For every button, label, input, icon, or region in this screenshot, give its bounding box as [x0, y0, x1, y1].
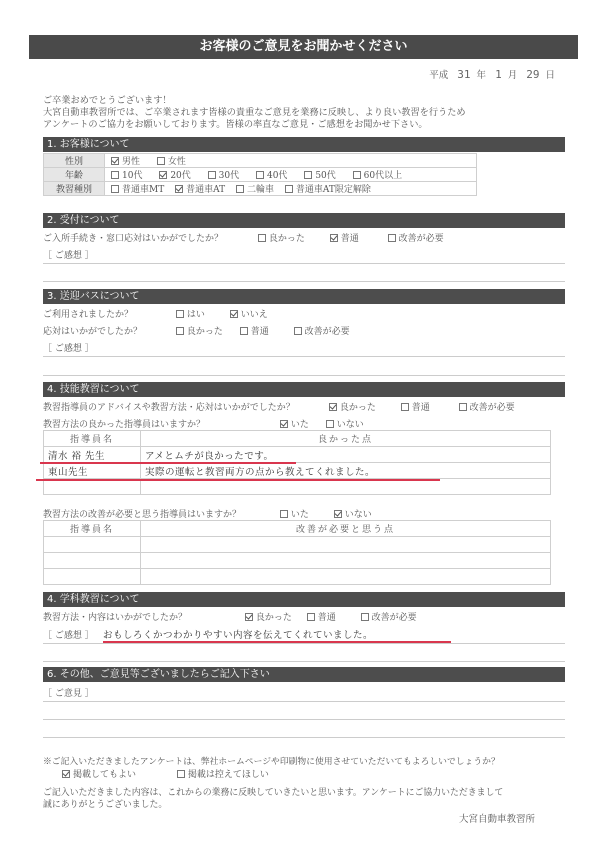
column-header: 良かった点 — [141, 431, 551, 447]
section-practical-header: 4. 技能教習について — [43, 382, 565, 397]
checkbox-icon — [459, 403, 467, 411]
comment-label: ［ ご感想 ］ — [43, 248, 94, 261]
intro-text: ご卒業おめでとうございます！ 大宮自動車教習所では、ご卒業されます皆様の貴重なご… — [43, 95, 466, 131]
option-label: 改善が必要 — [470, 403, 515, 413]
checkbox-icon — [176, 327, 184, 335]
option-label: 30代 — [219, 171, 239, 181]
checkbox-male[interactable]: 男性 — [111, 154, 140, 167]
checkbox-20s[interactable]: 20代 — [159, 168, 190, 181]
question-text: 教習指導員のアドバイスや教習方法・応対はいかがでしたか？ — [43, 400, 326, 413]
table-row-gender: 性別 男性 女性 — [44, 154, 477, 168]
option-label: はい — [187, 310, 205, 320]
intro-line: 大宮自動車教習所では、ご卒業されます皆様の貴重なご意見を業務に反映し、より良い教… — [43, 107, 466, 119]
date-era: 平成 — [429, 70, 448, 81]
checkbox-icon — [256, 171, 264, 179]
checkbox-at-limit-removal[interactable]: 普通車AT限定解除 — [285, 182, 371, 195]
checkbox-40s[interactable]: 40代 — [256, 168, 287, 181]
checkbox-10s[interactable]: 10代 — [111, 168, 142, 181]
question-text: 応対はいかがでしたか？ — [43, 324, 173, 337]
checkbox-needs-improvement[interactable]: 改善が必要 — [388, 231, 444, 244]
option-label: 普通 — [341, 234, 359, 244]
checkbox-yes[interactable]: いた — [280, 507, 309, 520]
table-row — [44, 553, 551, 569]
checkbox-icon — [361, 613, 369, 621]
checkbox-icon — [329, 403, 337, 411]
option-label: いいえ — [241, 310, 268, 320]
option-label: 男性 — [122, 157, 140, 167]
question-text: 教習方法・内容はいかがでしたか？ — [43, 610, 242, 623]
comment-line[interactable] — [43, 281, 565, 282]
checkbox-50s[interactable]: 50代 — [304, 168, 335, 181]
checkbox-needs-improvement[interactable]: 改善が必要 — [361, 610, 417, 623]
red-underline — [40, 462, 296, 464]
option-label: いた — [291, 510, 309, 520]
date-day[interactable]: 29 — [520, 68, 545, 81]
checkbox-icon — [175, 185, 183, 193]
comment-line[interactable] — [43, 737, 565, 738]
page-title: お客様のご意見をお聞かせください — [29, 35, 578, 59]
checkbox-icon — [177, 770, 185, 778]
bus-service-row: 応対はいかがでしたか？ 良かった 普通 改善が必要 — [43, 324, 364, 337]
comment-label: ［ ご感想 ］ — [43, 341, 94, 354]
practical-rating-row: 教習指導員のアドバイスや教習方法・応対はいかがでしたか？ 良かった 普通 改善が… — [43, 400, 529, 413]
checkbox-good[interactable]: 良かった — [176, 324, 223, 337]
improve-point-cell[interactable] — [141, 553, 551, 569]
date-year[interactable]: 31 — [451, 68, 476, 81]
section-customer-header: 1. お客様について — [43, 137, 565, 152]
option-label: 改善が必要 — [305, 327, 350, 337]
comment-line[interactable] — [43, 375, 565, 376]
checkbox-good[interactable]: 良かった — [245, 610, 292, 623]
academic-rating-row: 教習方法・内容はいかがでしたか？ 良かった 普通 改善が必要 — [43, 610, 431, 623]
closing-text: ご記入いただきました内容は、これからの業務に反映していきたいと思います。アンケー… — [43, 787, 503, 811]
checkbox-icon — [240, 327, 248, 335]
option-label: 良かった — [187, 327, 223, 337]
option-label: いない — [345, 510, 372, 520]
comment-line[interactable] — [43, 263, 565, 264]
option-label: 普通車MT — [122, 185, 164, 195]
academic-comment[interactable]: おもしろくかつわかりやすい内容を伝えてくれていました。 — [103, 627, 373, 641]
option-label: 女性 — [168, 157, 186, 167]
checkbox-good[interactable]: 良かった — [329, 400, 376, 413]
instructor-name-cell[interactable]: 東山先生 — [44, 463, 141, 479]
option-label: 掲載は控えてほしい — [188, 770, 269, 780]
section-reception-header: 2. 受付について — [43, 213, 565, 228]
checkbox-good[interactable]: 良かった — [258, 231, 305, 244]
comment-line[interactable] — [43, 701, 565, 702]
checkbox-icon — [236, 185, 244, 193]
row-label: 年齢 — [44, 168, 105, 182]
checkbox-normal[interactable]: 普通 — [330, 231, 359, 244]
checkbox-icon — [157, 157, 165, 165]
checkbox-icon — [326, 420, 334, 428]
checkbox-mt[interactable]: 普通車MT — [111, 182, 164, 195]
date: 平成 31年 1月 29日 — [429, 67, 555, 81]
checkbox-icon — [401, 403, 409, 411]
checkbox-icon — [307, 613, 315, 621]
closing-line: 誠にありがとうございました。 — [43, 799, 503, 811]
table-header-row: 指導員名 改善が必要と思う点 — [44, 521, 551, 537]
checkbox-icon — [304, 171, 312, 179]
checkbox-60s-plus[interactable]: 60代以上 — [353, 168, 402, 181]
checkbox-icon — [334, 510, 342, 518]
question-text: ご入所手続き・窓口応対はいかがでしたか？ — [43, 231, 255, 244]
comment-line[interactable] — [43, 356, 565, 357]
comment-line[interactable] — [43, 719, 565, 720]
checkbox-icon — [208, 171, 216, 179]
reception-question-row: ご入所手続き・窓口応対はいかがでしたか？ 良かった 普通 改善が必要 — [43, 231, 458, 244]
table-header-row: 指導員名 良かった点 — [44, 431, 551, 447]
date-month[interactable]: 1 — [489, 68, 508, 81]
red-underline — [36, 479, 440, 481]
date-year-unit: 年 — [477, 70, 487, 81]
checkbox-icon — [111, 171, 119, 179]
checkbox-no[interactable]: いいえ — [230, 307, 268, 320]
row-label: 性別 — [44, 154, 105, 168]
question-text: 教習方法の改善が必要と思う指導員はいますか？ — [43, 507, 277, 520]
comment-label: ［ ご感想 ］ — [43, 628, 94, 641]
checkbox-icon — [111, 157, 119, 165]
option-label: 改善が必要 — [372, 613, 417, 623]
improve-instructor-table: 指導員名 改善が必要と思う点 — [43, 520, 551, 585]
checkbox-yes[interactable]: いた — [280, 417, 309, 430]
option-label: 20代 — [170, 171, 190, 181]
checkbox-icon — [230, 310, 238, 318]
comment-line[interactable] — [43, 661, 565, 662]
table-row — [44, 569, 551, 585]
instructor-name-cell[interactable] — [44, 569, 141, 585]
option-label: 改善が必要 — [399, 234, 444, 244]
checkbox-icon — [159, 171, 167, 179]
organization-name: 大宮自動車教習所 — [459, 811, 535, 825]
option-label: 掲載してもよい — [73, 770, 136, 780]
intro-line: アンケートのご協力をお願いしております。皆様の率直なご意見・ご感想をお聞かせ下さ… — [43, 119, 466, 131]
option-label: いた — [291, 420, 309, 430]
checkbox-normal[interactable]: 普通 — [307, 610, 336, 623]
intro-line: ご卒業おめでとうございます！ — [43, 95, 466, 107]
good-point-cell[interactable]: アメとムチが良かったです。 — [141, 447, 551, 463]
question-text: 教習方法の良かった指導員はいますか？ — [43, 417, 277, 430]
checkbox-icon — [285, 185, 293, 193]
checkbox-at[interactable]: 普通車AT — [175, 182, 225, 195]
checkbox-no[interactable]: いない — [326, 417, 364, 430]
option-label: 50代 — [315, 171, 335, 181]
checkbox-female[interactable]: 女性 — [157, 154, 186, 167]
table-row-age: 年齢 10代 20代 30代 40代 50代 60代以上 — [44, 168, 477, 182]
checkbox-needs-improvement[interactable]: 改善が必要 — [294, 324, 350, 337]
option-label: いない — [337, 420, 364, 430]
option-label: 普通 — [412, 403, 430, 413]
good-point-cell[interactable]: 実際の運転と教習両方の点から教えてくれました。 — [141, 463, 551, 479]
checkbox-publish-ok[interactable]: 掲載してもよい — [62, 767, 136, 780]
good-instructor-row: 教習方法の良かった指導員はいますか？ いた いない — [43, 417, 378, 430]
column-header: 改善が必要と思う点 — [141, 521, 551, 537]
table-row: 東山先生 実際の運転と教習両方の点から教えてくれました。 — [44, 463, 551, 479]
table-row: 清水 裕 先生 アメとムチが良かったです。 — [44, 447, 551, 463]
checkbox-normal[interactable]: 普通 — [401, 400, 430, 413]
consent-options: 掲載してもよい 掲載は控えてほしい — [62, 767, 283, 780]
checkbox-normal[interactable]: 普通 — [240, 324, 269, 337]
improve-point-cell[interactable] — [141, 569, 551, 585]
option-label: 良かった — [340, 403, 376, 413]
checkbox-needs-improvement[interactable]: 改善が必要 — [459, 400, 515, 413]
section-other-header: 6. その他、ご意見等ございましたらご記入下さい — [43, 667, 565, 682]
option-label: 良かった — [256, 613, 292, 623]
question-text: ご利用されましたか？ — [43, 307, 173, 320]
customer-table: 性別 男性 女性 年齢 10代 20代 30代 40代 50代 60代以上 教習… — [43, 153, 477, 196]
checkbox-icon — [294, 327, 302, 335]
option-label: 二輪車 — [247, 185, 274, 195]
table-row — [44, 537, 551, 553]
comment-line[interactable] — [43, 643, 565, 644]
checkbox-icon — [111, 185, 119, 193]
checkbox-motorcycle[interactable]: 二輪車 — [236, 182, 274, 195]
section-bus-header: 3. 送迎バスについて — [43, 289, 565, 304]
checkbox-icon — [280, 420, 288, 428]
checkbox-icon — [280, 510, 288, 518]
checkbox-no[interactable]: いない — [334, 507, 372, 520]
instructor-name-cell[interactable] — [44, 553, 141, 569]
checkbox-icon — [245, 613, 253, 621]
section-academic-header: 4. 学科教習について — [43, 592, 565, 607]
option-label: 10代 — [122, 171, 142, 181]
improve-point-cell[interactable] — [141, 537, 551, 553]
checkbox-icon — [353, 171, 361, 179]
table-row-course: 教習種別 普通車MT 普通車AT 二輪車 普通車AT限定解除 — [44, 182, 477, 196]
option-label: 普通 — [251, 327, 269, 337]
checkbox-30s[interactable]: 30代 — [208, 168, 239, 181]
checkbox-icon — [176, 310, 184, 318]
option-label: 良かった — [269, 234, 305, 244]
instructor-name-cell[interactable] — [44, 537, 141, 553]
improve-instructor-row: 教習方法の改善が必要と思う指導員はいますか？ いた いない — [43, 507, 386, 520]
date-month-unit: 月 — [508, 70, 518, 81]
column-header: 指導員名 — [44, 431, 141, 447]
checkbox-icon — [258, 234, 266, 242]
instructor-name-cell[interactable]: 清水 裕 先生 — [44, 447, 141, 463]
date-day-unit: 日 — [545, 70, 555, 81]
checkbox-yes[interactable]: はい — [176, 307, 205, 320]
closing-line: ご記入いただきました内容は、これからの業務に反映していきたいと思います。アンケー… — [43, 787, 503, 799]
checkbox-icon — [62, 770, 70, 778]
checkbox-publish-decline[interactable]: 掲載は控えてほしい — [177, 767, 269, 780]
row-label: 教習種別 — [44, 182, 105, 196]
option-label: 普通車AT — [186, 185, 225, 195]
checkbox-icon — [330, 234, 338, 242]
option-label: 普通 — [318, 613, 336, 623]
bus-usage-row: ご利用されましたか？ はい いいえ — [43, 307, 282, 320]
option-label: 60代以上 — [364, 171, 402, 181]
consent-question: ※ご記入いただきましたアンケートは、弊社ホームページや印刷物に使用させていただい… — [43, 754, 500, 767]
checkbox-icon — [388, 234, 396, 242]
column-header: 指導員名 — [44, 521, 141, 537]
comment-label: ［ ご意見 ］ — [43, 686, 94, 699]
option-label: 40代 — [267, 171, 287, 181]
option-label: 普通車AT限定解除 — [296, 185, 371, 195]
